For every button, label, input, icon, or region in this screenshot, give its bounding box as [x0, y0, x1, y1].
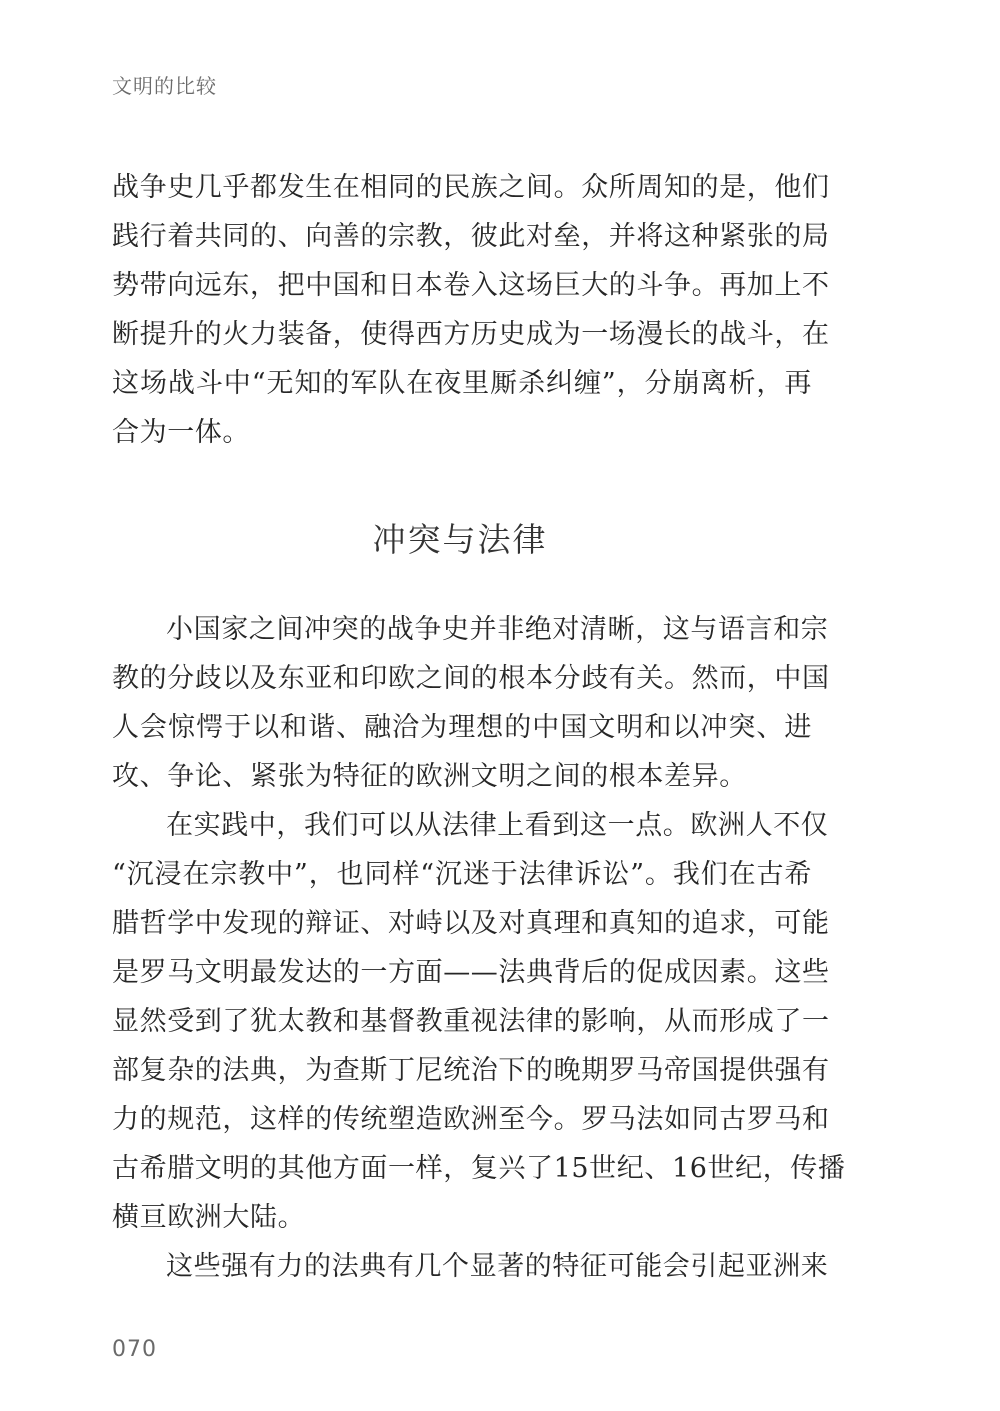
page-number: 070 — [112, 1337, 157, 1362]
text-line: 横亘欧洲大陆。 — [112, 1200, 305, 1236]
text-line: 践行着共同的、向善的宗教，彼此对垒，并将这种紧张的局 — [112, 219, 812, 255]
running-header-title: 文明的比较 — [112, 70, 217, 99]
text-line: 是罗马文明最发达的一方面——法典背后的促成因素。这些 — [112, 955, 812, 991]
text-line: 显然受到了犹太教和基督教重视法律的影响，从而形成了一 — [112, 1004, 812, 1040]
text-line: 教的分歧以及东亚和印欧之间的根本分歧有关。然而，中国 — [112, 661, 812, 697]
text-line: 部复杂的法典，为查斯丁尼统治下的晚期罗马帝国提供强有 — [112, 1053, 812, 1089]
text-line: 腊哲学中发现的辩证、对峙以及对真理和真知的追求，可能 — [112, 906, 812, 942]
text-line: 战争史几乎都发生在相同的民族之间。众所周知的是，他们 — [112, 170, 812, 206]
text-line: 古希腊文明的其他方面一样，复兴了15世纪、16世纪，传播 — [112, 1151, 812, 1187]
text-line: 力的规范，这样的传统塑造欧洲至今。罗马法如同古罗马和 — [112, 1102, 812, 1138]
text-line: 合为一体。 — [112, 415, 250, 451]
text-line: 在实践中，我们可以从法律上看到这一点。欧洲人不仅 — [166, 808, 812, 844]
text-line: 势带向远东，把中国和日本卷入这场巨大的斗争。再加上不 — [112, 268, 812, 304]
text-line: “沉浸在宗教中”，也同样“沉迷于法律诉讼”。我们在古希 — [112, 857, 812, 893]
text-line: 这些强有力的法典有几个显著的特征可能会引起亚洲来 — [166, 1249, 812, 1285]
text-line: 攻、争论、紧张为特征的欧洲文明之间的根本差异。 — [112, 759, 747, 795]
text-line: 这场战斗中“无知的军队在夜里厮杀纠缠”，分崩离析，再 — [112, 366, 812, 402]
text-line: 人会惊愕于以和谐、融洽为理想的中国文明和以冲突、进 — [112, 710, 812, 746]
section-heading: 冲突与法律 — [0, 514, 1000, 561]
text-line: 小国家之间冲突的战争史并非绝对清晰，这与语言和宗 — [166, 612, 812, 648]
section-heading-text: 冲突与法律 — [373, 514, 548, 561]
text-line: 断提升的火力装备，使得西方历史成为一场漫长的战斗，在 — [112, 317, 812, 353]
